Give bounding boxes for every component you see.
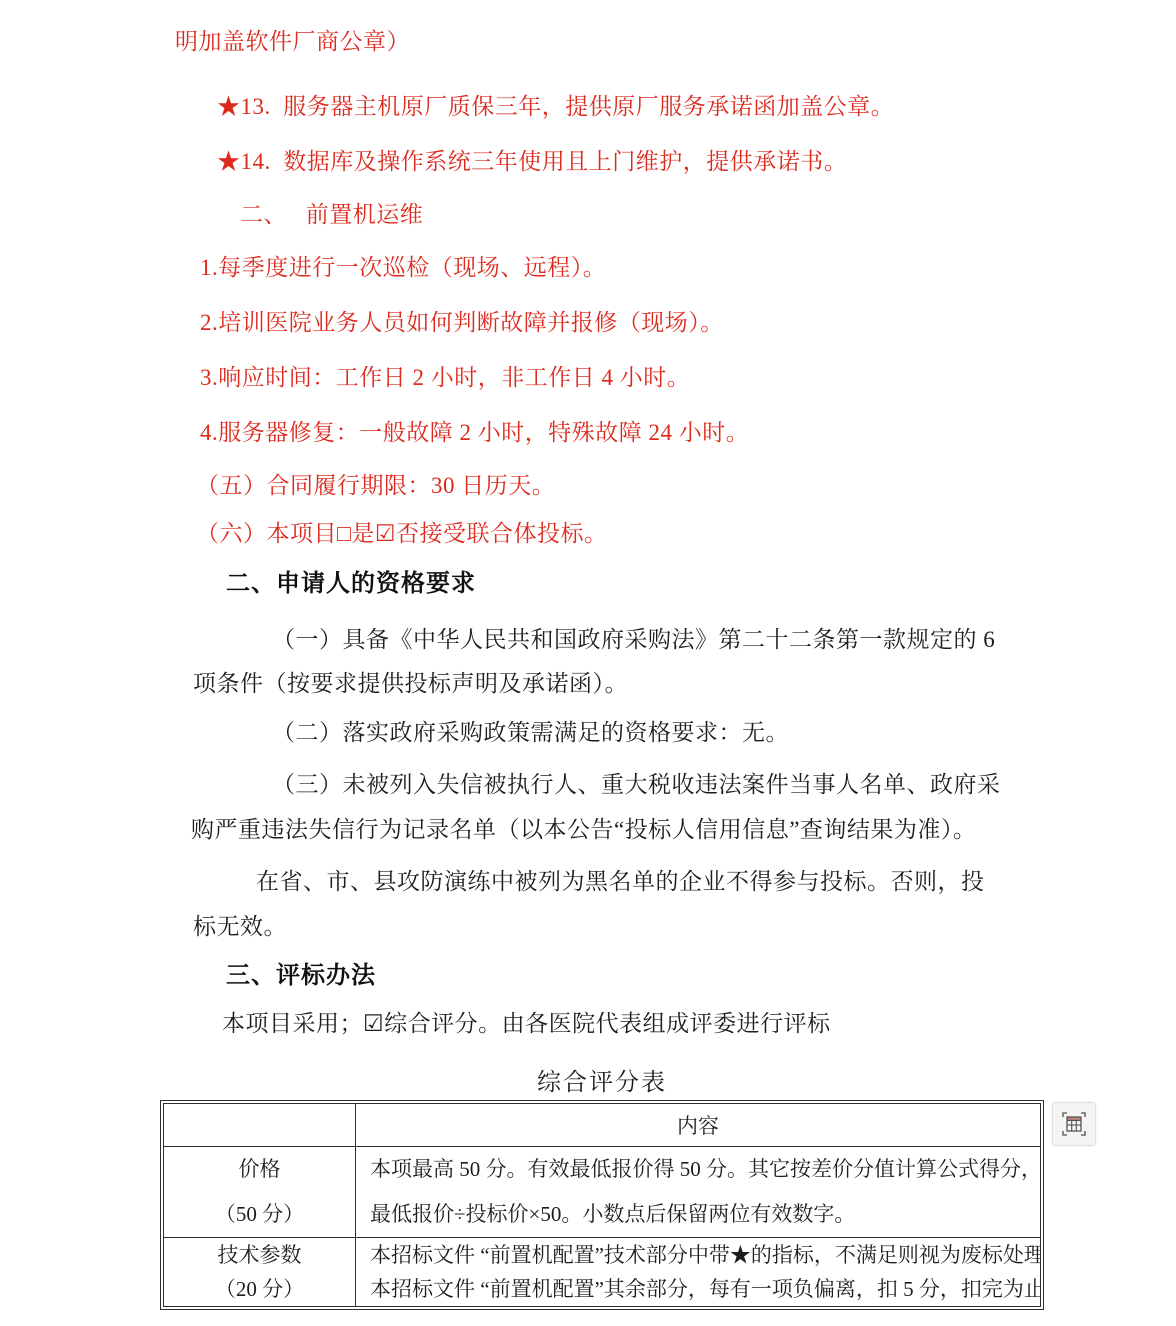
document-page: 明加盖软件厂商公章） ★13. 服务器主机原厂质保三年，提供原厂服务承诺函加盖公…	[0, 0, 1176, 1326]
row-score-line: （50 分）	[164, 1192, 355, 1237]
score-table: 内容 价格 （50 分） 本项最高 50 分。有效最低报价得 50 分。其它按差…	[160, 1100, 1044, 1310]
row-name-cell: 价格 （50 分）	[164, 1147, 356, 1238]
para-ops-item-3: 3.响应时间：工作日 2 小时，非工作日 4 小时。	[200, 362, 690, 394]
table-select-button[interactable]	[1052, 1102, 1096, 1146]
row-content-line: 最低报价÷投标价×50。小数点后保留两位有效数字。	[370, 1192, 1028, 1237]
para-blacklist-line1: 在省、市、县攻防演练中被列为黑名单的企业不得参与投标。否则，投	[256, 866, 985, 898]
row-name-line: 价格	[164, 1147, 355, 1192]
para-contract-period: （五）合同履行期限：30 日历天。	[196, 470, 555, 502]
para-qual-3-line2: 购严重违法失信行为记录名单（以本公告“投标人信用信息”查询结果为准）。	[191, 814, 976, 846]
para-qual-3-line1: （三）未被列入失信被执行人、重大税收违法案件当事人名单、政府采	[272, 769, 1001, 801]
row-name-line: 技术参数	[164, 1238, 355, 1272]
para-consortium-checkbox: （六）本项目□是☑否接受联合体投标。	[196, 518, 608, 550]
row-name-cell: 技术参数 （20 分）	[164, 1238, 356, 1307]
para-evaluation-intro: 本项目采用；☑综合评分。由各医院代表组成评委进行评标	[222, 1008, 831, 1040]
para-ops-item-4: 4.服务器修复：一般故障 2 小时，特殊故障 24 小时。	[200, 417, 749, 449]
row-content-line: 本招标文件 “前置机配置”其余部分，每有一项负偏离，扣 5 分，扣完为止。	[370, 1272, 1028, 1306]
row-content-line: 本项最高 50 分。有效最低报价得 50 分。其它按差价分值计算公式得分，公式：	[370, 1147, 1028, 1192]
para-qual-1-line1: （一）具备《中华人民共和国政府采购法》第二十二条第一款规定的 6	[272, 624, 995, 656]
table-row: 价格 （50 分） 本项最高 50 分。有效最低报价得 50 分。其它按差价分值…	[164, 1147, 1041, 1238]
header-cell-item	[164, 1104, 356, 1147]
header-cell-content: 内容	[356, 1104, 1041, 1147]
para-ops-item-1: 1.每季度进行一次巡检（现场、远程）。	[200, 252, 606, 284]
para-qual-2: （二）落实政府采购政策需满足的资格要求：无。	[272, 717, 789, 749]
row-content-line: 本招标文件 “前置机配置”技术部分中带★的指标，不满足则视为废标处理；	[370, 1238, 1028, 1272]
table-select-icon	[1061, 1111, 1087, 1137]
para-blacklist-line2: 标无效。	[193, 911, 287, 943]
para-seal-stamp-note: 明加盖软件厂商公章）	[175, 26, 410, 58]
score-table-title: 综合评分表	[160, 1062, 1044, 1097]
heading-evaluation-method: 三、评标办法	[226, 959, 376, 991]
para-star-13: ★13. 服务器主机原厂质保三年，提供原厂服务承诺函加盖公章。	[217, 91, 894, 123]
row-content-cell: 本招标文件 “前置机配置”技术部分中带★的指标，不满足则视为废标处理； 本招标文…	[356, 1238, 1041, 1307]
table-row: 技术参数 （20 分） 本招标文件 “前置机配置”技术部分中带★的指标，不满足则…	[164, 1238, 1041, 1307]
row-score-line: （20 分）	[164, 1272, 355, 1306]
para-qual-1-line2: 项条件（按要求提供投标声明及承诺函）。	[193, 668, 628, 700]
row-content-cell: 本项最高 50 分。有效最低报价得 50 分。其它按差价分值计算公式得分，公式：…	[356, 1147, 1041, 1238]
para-star-14: ★14. 数据库及操作系统三年使用且上门维护，提供承诺书。	[217, 146, 847, 178]
table-header-row: 内容	[164, 1104, 1041, 1147]
para-section-frontend-ops: 二、 前置机运维	[240, 199, 423, 231]
para-ops-item-2: 2.培训医院业务人员如何判断故障并报修（现场）。	[200, 307, 724, 339]
heading-applicant-qualification: 二、申请人的资格要求	[226, 567, 476, 599]
